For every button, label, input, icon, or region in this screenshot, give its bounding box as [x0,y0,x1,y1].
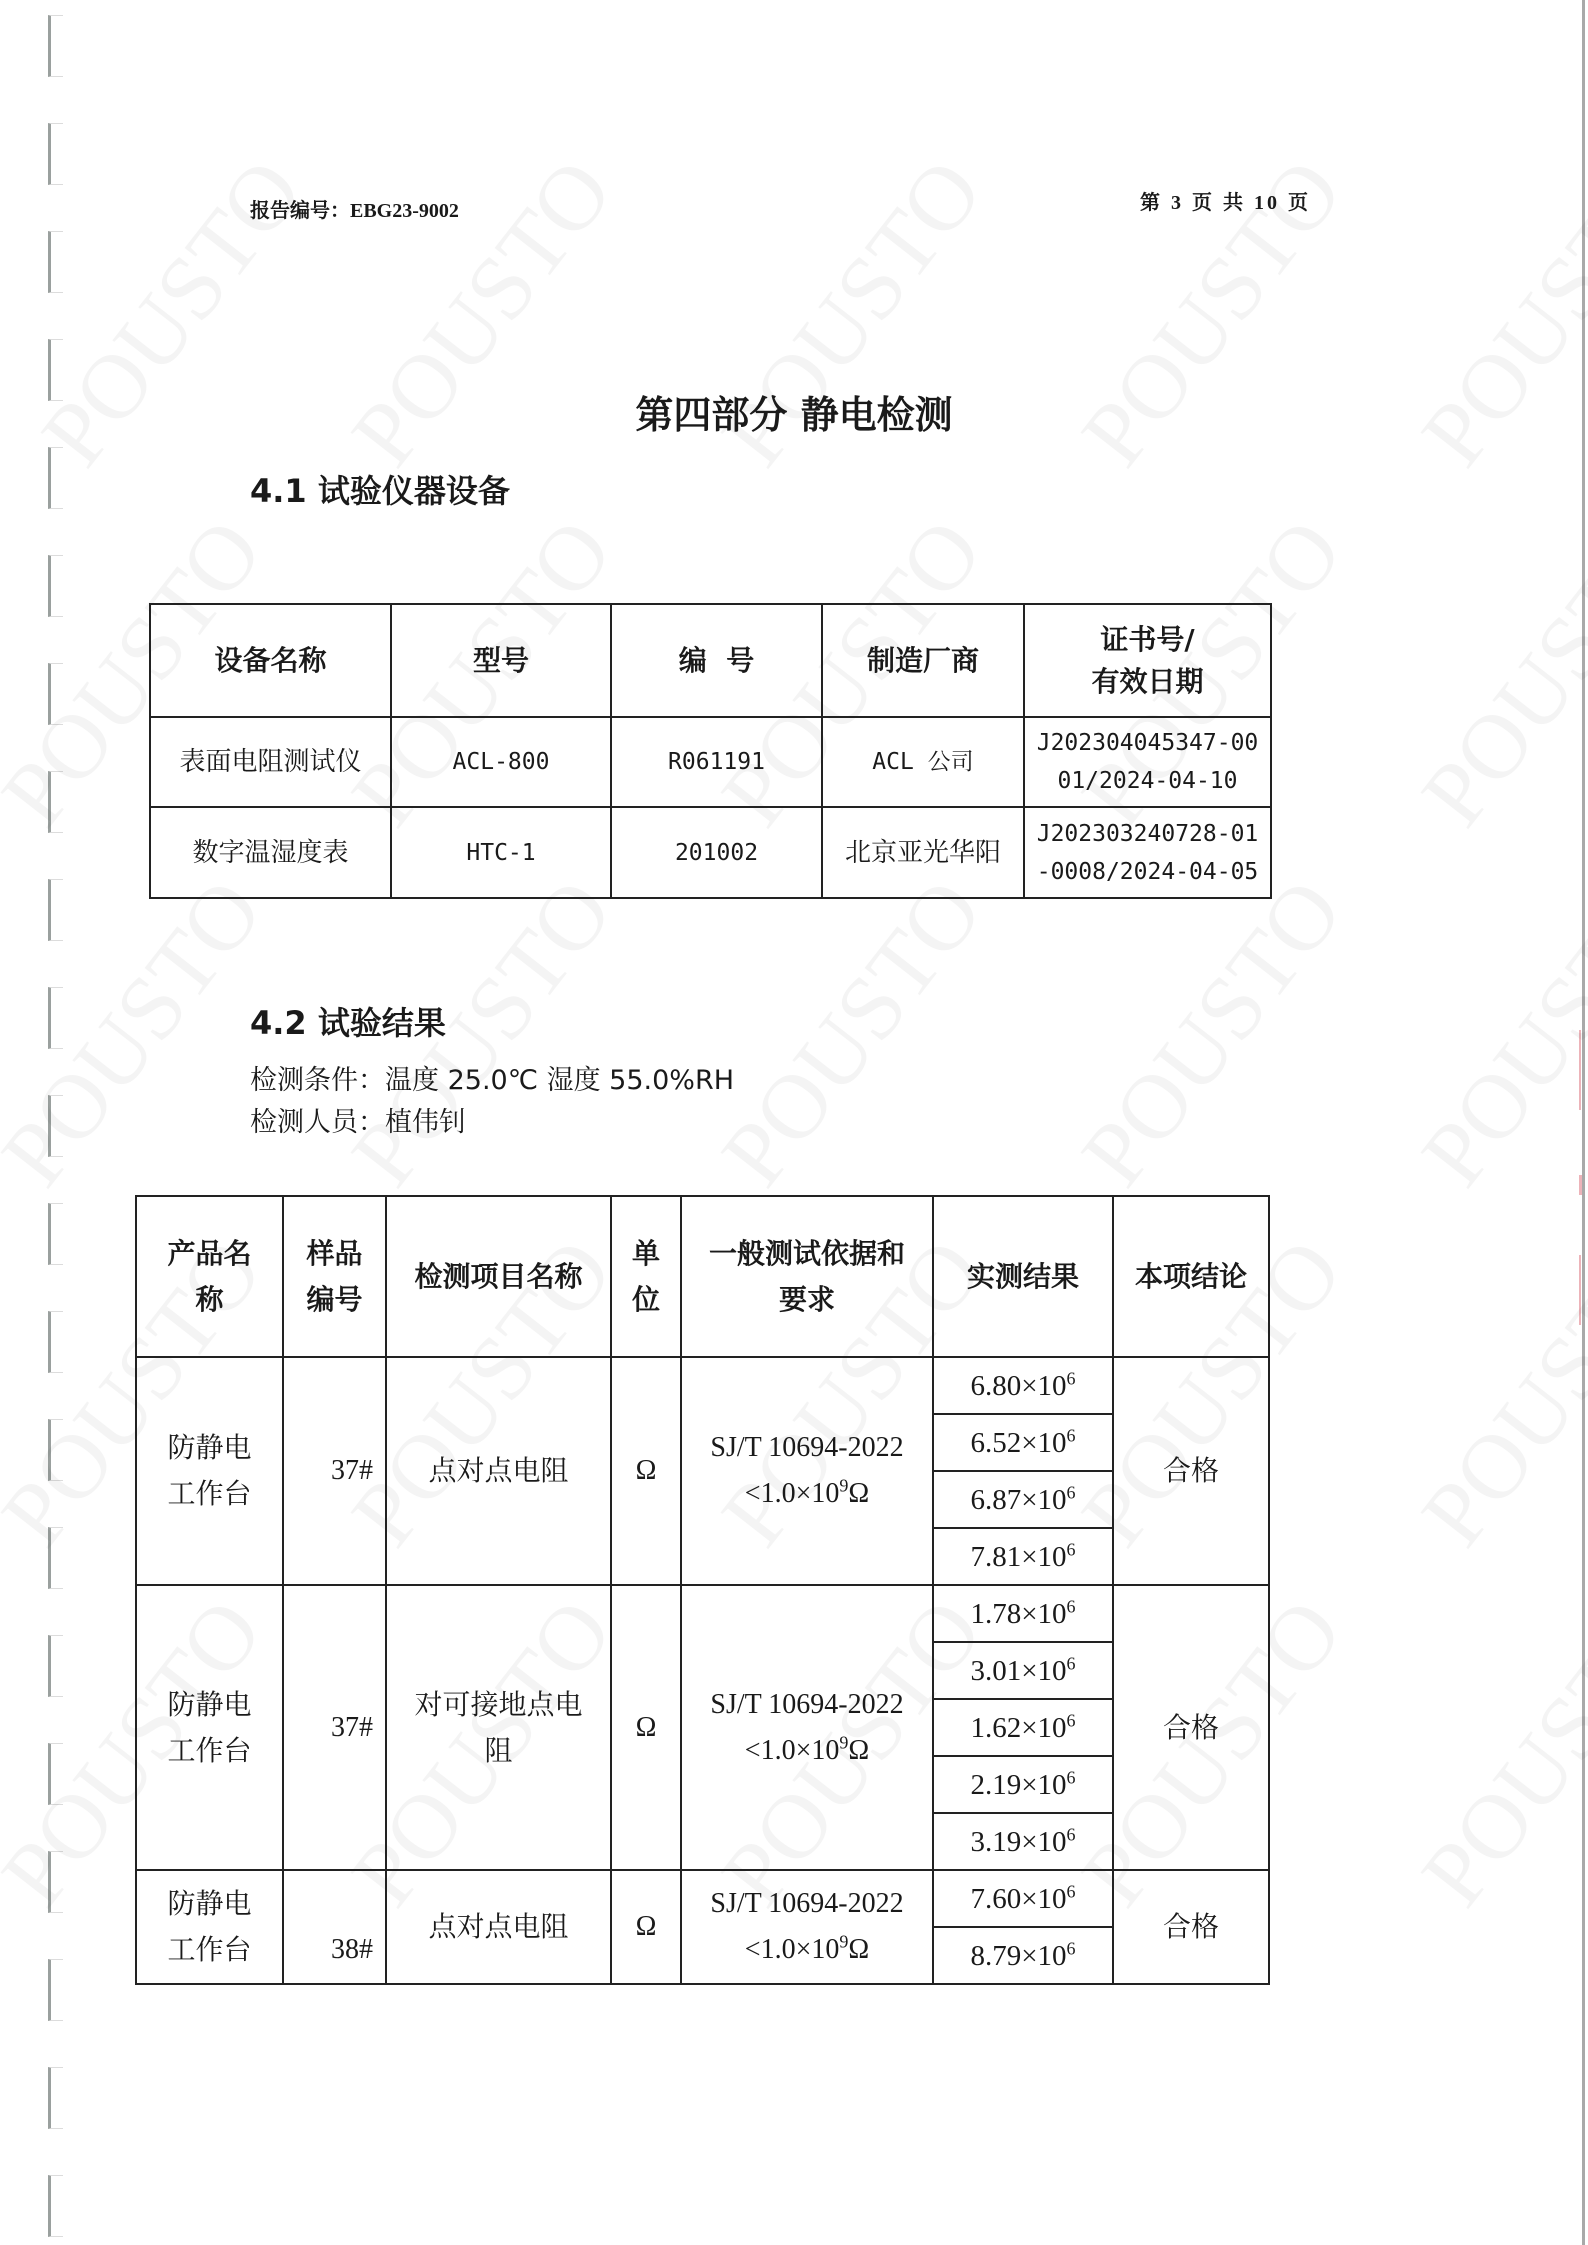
binding-mark [48,1311,63,1373]
result-exponent: 6 [1067,1482,1076,1502]
col-header-item: 检测项目名称 [386,1196,611,1357]
seal-fragment [1565,1255,1581,1325]
test-item: 点对点电阻 [386,1357,611,1585]
result-value: 6.52×106 [933,1414,1113,1471]
product-line: 工作台 [137,1728,282,1774]
product-line: 工作台 [137,1927,282,1973]
test-basis: SJ/T 10694-2022 <1.0×109Ω [681,1585,933,1870]
result-value: 1.78×106 [933,1585,1113,1642]
binding-mark [48,447,63,509]
binding-mark [48,2067,63,2129]
result-value: 8.79×106 [933,1927,1113,1984]
header-line: 样品 [284,1231,385,1277]
limit-prefix: <1.0×10 [745,1735,840,1766]
result-value: 6.80×106 [933,1357,1113,1414]
watermark: POUSTO [1060,859,1363,1205]
table-row: 防静电 工作台 38# 点对点电阻 Ω SJ/T 10694-2022 <1.0… [136,1870,1269,1927]
watermark: POUSTO [1400,499,1588,845]
equipment-serial: R061191 [611,717,822,807]
result-mantissa: 7.81×10 [970,1541,1066,1573]
result-mantissa: 6.80×10 [970,1370,1066,1402]
limit-unit: Ω [848,1934,869,1965]
result-exponent: 6 [1067,1539,1076,1559]
table-header-row: 产品名 称 样品 编号 检测项目名称 单 位 一般测试依据和 要求 实测结果 本… [136,1196,1269,1357]
binding-mark [48,987,63,1049]
part-title: 第四部分 静电检测 [0,384,1588,439]
unit: Ω [611,1357,681,1585]
binding-mark [48,1851,63,1913]
binding-mark [48,2175,63,2237]
binding-mark [48,1635,63,1697]
binding-mark [48,1095,63,1157]
result-exponent: 6 [1067,1881,1076,1901]
result-mantissa: 7.60×10 [970,1883,1066,1915]
header-line: 称 [137,1277,282,1323]
product-line: 防静电 [137,1425,282,1471]
unit: Ω [611,1870,681,1984]
result-exponent: 6 [1067,1824,1076,1844]
header-line: 位 [612,1277,680,1323]
col-header: 编 号 [611,604,822,717]
binding-mark [48,1743,63,1805]
col-header: 证书号/ 有效日期 [1024,604,1271,717]
result-mantissa: 3.19×10 [970,1826,1066,1858]
result-value: 3.01×106 [933,1642,1113,1699]
cert-line: J202303240728-01 [1025,815,1270,853]
binding-mark [48,1203,63,1265]
result-mantissa: 3.01×10 [970,1655,1066,1687]
item-line: 阻 [387,1728,610,1774]
table-row: 防静电 工作台 37# 对可接地点电 阻 Ω SJ/T 10694-2022 <… [136,1585,1269,1642]
product-line: 工作台 [137,1471,282,1517]
section-title-results: 4.2 试验结果 [250,998,446,1044]
table-row: 数字温湿度表 HTC-1 201002 北京亚光华阳 J202303240728… [150,807,1271,898]
result-exponent: 6 [1067,1368,1076,1388]
result-mantissa: 1.62×10 [970,1712,1066,1744]
result-mantissa: 6.52×10 [970,1427,1066,1459]
result-mantissa: 1.78×10 [970,1598,1066,1630]
section-title-equipment: 4.1 试验仪器设备 [250,466,510,512]
report-number: 报告编号：EBG23-9002 [250,194,459,223]
standard: SJ/T 10694-2022 [682,1682,932,1728]
limit-unit: Ω [848,1478,869,1509]
binding-mark [48,231,63,293]
results-table: 产品名 称 样品 编号 检测项目名称 单 位 一般测试依据和 要求 实测结果 本… [135,1195,1270,1985]
equipment-name: 表面电阻测试仪 [150,717,391,807]
binding-mark [48,771,63,833]
binding-mark [48,15,63,77]
conclusion: 合格 [1113,1870,1269,1984]
watermark: POUSTO [0,859,283,1205]
header-line: 一般测试依据和 [682,1231,932,1277]
watermark: POUSTO [1400,1579,1588,1925]
equipment-cert: J202303240728-01 -0008/2024-04-05 [1024,807,1271,898]
limit: <1.0×109Ω [682,1728,932,1774]
table-row: 表面电阻测试仪 ACL-800 R061191 ACL 公司 J20230404… [150,717,1271,807]
unit: Ω [611,1585,681,1870]
test-conditions: 检测条件：温度 25.0℃ 湿度 55.0%RH [250,1058,734,1097]
seal-fragment [1565,1030,1581,1110]
cert-line: -0008/2024-04-05 [1025,853,1270,891]
test-basis: SJ/T 10694-2022 <1.0×109Ω [681,1870,933,1984]
equipment-table: 设备名称 型号 编 号 制造厂商 证书号/ 有效日期 表面电阻测试仪 ACL-8… [149,603,1272,899]
binding-mark [48,123,63,185]
binding-mark [48,663,63,725]
conclusion: 合格 [1113,1357,1269,1585]
header-line: 编号 [284,1277,385,1323]
col-header: 设备名称 [150,604,391,717]
header-line: 要求 [682,1277,932,1323]
result-exponent: 6 [1067,1767,1076,1787]
result-exponent: 6 [1067,1596,1076,1616]
result-value: 1.62×106 [933,1699,1113,1756]
col-header: 制造厂商 [822,604,1024,717]
binding-mark [48,879,63,941]
seal-fragment [1565,1175,1582,1195]
item-line: 对可接地点电 [387,1682,610,1728]
binding-mark [48,1527,63,1589]
col-header: 型号 [391,604,611,717]
table-row: 防静电 工作台 37# 点对点电阻 Ω SJ/T 10694-2022 <1.0… [136,1357,1269,1414]
col-header-line: 有效日期 [1025,661,1270,703]
test-item: 对可接地点电 阻 [386,1585,611,1870]
limit-prefix: <1.0×10 [745,1478,840,1509]
result-exponent: 6 [1067,1710,1076,1730]
limit-prefix: <1.0×10 [745,1934,840,1965]
conclusion: 合格 [1113,1585,1269,1870]
test-basis: SJ/T 10694-2022 <1.0×109Ω [681,1357,933,1585]
result-value: 2.19×106 [933,1756,1113,1813]
result-exponent: 6 [1067,1425,1076,1445]
sample-number: 38# [283,1870,386,1984]
standard: SJ/T 10694-2022 [682,1881,932,1927]
col-header-basis: 一般测试依据和 要求 [681,1196,933,1357]
standard: SJ/T 10694-2022 [682,1425,932,1471]
col-header-result: 实测结果 [933,1196,1113,1357]
sample-number: 37# [283,1585,386,1870]
table-header-row: 设备名称 型号 编 号 制造厂商 证书号/ 有效日期 [150,604,1271,717]
limit-unit: Ω [848,1735,869,1766]
col-header-line: 证书号/ [1025,619,1270,661]
result-value: 6.87×106 [933,1471,1113,1528]
limit: <1.0×109Ω [682,1927,932,1973]
result-exponent: 6 [1067,1653,1076,1673]
sample-number: 37# [283,1357,386,1585]
page-edge-line [1582,0,1585,2245]
result-value: 3.19×106 [933,1813,1113,1870]
result-mantissa: 8.79×10 [970,1940,1066,1972]
cert-line: J202304045347-00 [1025,724,1270,762]
equipment-cert: J202304045347-00 01/2024-04-10 [1024,717,1271,807]
watermark: POUSTO [1400,859,1588,1205]
product-line: 防静电 [137,1881,282,1927]
inspector: 检测人员：植伟钊 [250,1100,466,1139]
header-line: 产品名 [137,1231,282,1277]
product-name: 防静电 工作台 [136,1585,283,1870]
result-mantissa: 2.19×10 [970,1769,1066,1801]
limit: <1.0×109Ω [682,1471,932,1517]
header-line: 单 [612,1231,680,1277]
equipment-serial: 201002 [611,807,822,898]
equipment-maker: 北京亚光华阳 [822,807,1024,898]
product-name: 防静电 工作台 [136,1870,283,1984]
product-line: 防静电 [137,1682,282,1728]
equipment-name: 数字温湿度表 [150,807,391,898]
binding-mark [48,1959,63,2021]
result-exponent: 6 [1067,1938,1076,1958]
result-mantissa: 6.87×10 [970,1484,1066,1516]
product-name: 防静电 工作台 [136,1357,283,1585]
col-header-sample: 样品 编号 [283,1196,386,1357]
col-header-conclusion: 本项结论 [1113,1196,1269,1357]
watermark: POUSTO [1400,1219,1588,1565]
watermark: POUSTO [700,859,1003,1205]
col-header-unit: 单 位 [611,1196,681,1357]
equipment-model: HTC-1 [391,807,611,898]
result-value: 7.81×106 [933,1528,1113,1585]
col-header-product: 产品名 称 [136,1196,283,1357]
equipment-maker: ACL 公司 [822,717,1024,807]
page-info: 第 3 页 共 10 页 [1140,186,1311,215]
test-item: 点对点电阻 [386,1870,611,1984]
equipment-model: ACL-800 [391,717,611,807]
binding-mark [48,555,63,617]
binding-mark [48,1419,63,1481]
result-value: 7.60×106 [933,1870,1113,1927]
cert-line: 01/2024-04-10 [1025,762,1270,800]
